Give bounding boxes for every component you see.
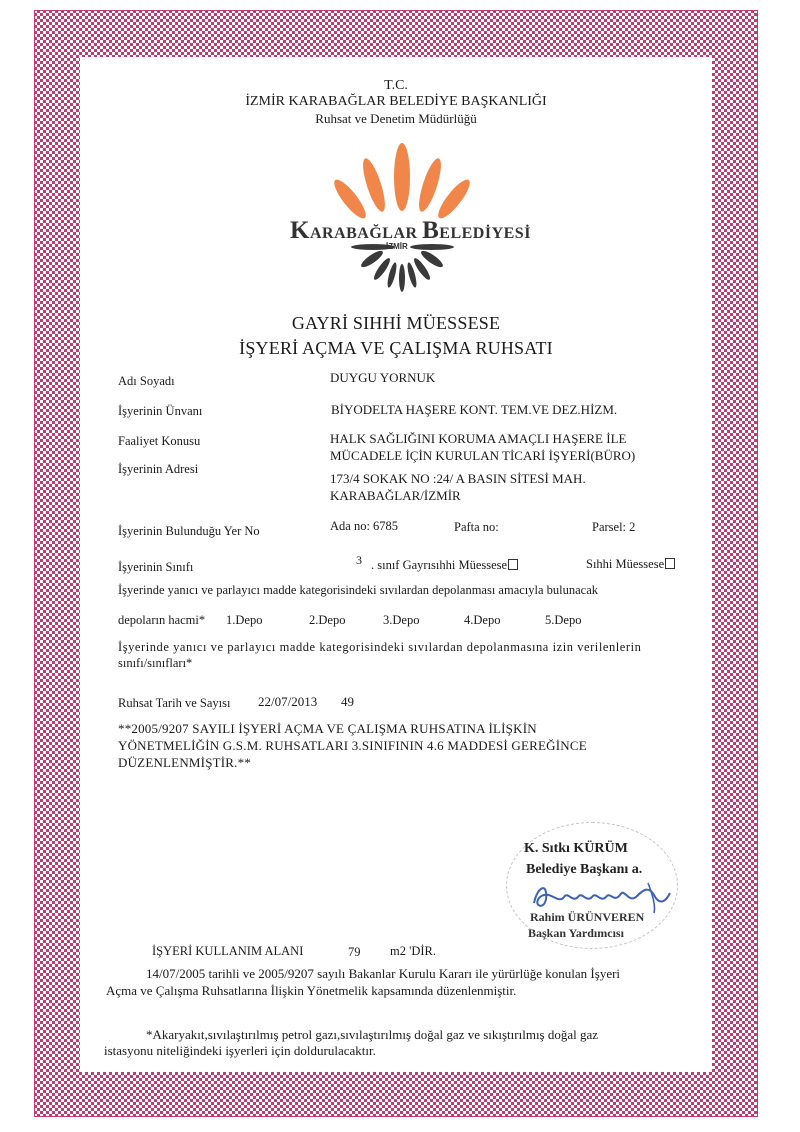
class-gayrisihhi: . sınıf Gayrısıhhi Müessese <box>371 558 518 573</box>
logo-city: İZMİR <box>386 242 408 251</box>
header-municipality: İZMİR KARABAĞLAR BELEDİYE BAŞKANLIĞI <box>80 94 712 110</box>
depot-3: 3.Depo <box>383 613 419 628</box>
header-directorate: Ruhsat ve Denetim Müdürlüğü <box>80 111 712 127</box>
usage-area-value: 79 <box>348 945 361 960</box>
location-pafta: Pafta no: <box>454 520 499 535</box>
gayrisihhi-checkbox[interactable] <box>508 559 518 570</box>
document-title-line2: İŞYERİ AÇMA VE ÇALIŞMA RUHSATI <box>80 337 712 359</box>
activity-value-line1: HALK SAĞLIĞINI KORUMA AMAÇLI HAŞERE İLE <box>330 431 626 447</box>
footer-para1-line1: 14/07/2005 tarihli ve 2005/9207 sayılı B… <box>146 966 620 982</box>
license-date: 22/07/2013 <box>258 694 317 710</box>
license-number: 49 <box>341 694 354 710</box>
location-ada: Ada no: 6785 <box>330 519 398 534</box>
storage-intro: İşyerinde yanıcı ve parlayıcı madde kate… <box>118 583 598 598</box>
mayor-name: K. Sıtkı KÜRÜM <box>524 841 628 857</box>
storage-permitted-line2: sınıfı/sınıfları* <box>118 656 192 671</box>
class-label: İşyerinin Sınıfı <box>118 560 193 575</box>
storage-permitted-line1: İşyerinde yanıcı ve parlayıcı madde kate… <box>118 640 641 655</box>
signer-name: Rahim ÜRÜNVEREN <box>530 910 644 925</box>
location-parsel: Parsel: 2 <box>592 520 635 535</box>
business-title-value: BİYODELTA HAŞERE KONT. TEM.VE DEZ.HİZM. <box>331 402 617 418</box>
regulation-note-line2: YÖNETMELİĞİN G.S.M. RUHSATLARI 3.SINIFIN… <box>118 738 587 754</box>
location-label: İşyerinin Bulunduğu Yer No <box>118 524 260 539</box>
footer-para2-line2: istasyonu niteliğindeki işyerleri için d… <box>104 1043 376 1059</box>
activity-value-line2: MÜCADELE İÇİN KURULAN TİCARİ İŞYERİ(BÜRO… <box>330 448 635 464</box>
class-sihhi: Sıhhi Müessese <box>586 557 675 572</box>
license-label: Ruhsat Tarih ve Sayısı <box>118 696 230 711</box>
depot-1: 1.Depo <box>226 613 262 628</box>
class-gayrisihhi-label: . sınıf Gayrısıhhi Müessese <box>371 558 507 572</box>
address-value-line2: KARABAĞLAR/İZMİR <box>330 488 461 504</box>
depot-2: 2.Depo <box>309 613 345 628</box>
depot-5: 5.Depo <box>545 613 581 628</box>
footer-para1-line2: Açma ve Çalışma Ruhsatlarına İlişkin Yön… <box>106 983 516 999</box>
activity-label: Faaliyet Konusu <box>118 434 200 449</box>
address-value-line1: 173/4 SOKAK NO :24/ A BASIN SİTESİ MAH. <box>330 471 586 487</box>
footer-para2-line1: *Akaryakıt,sıvılaştırılmış petrol gazı,s… <box>146 1027 598 1043</box>
municipality-logo: KARABAĞLAR BELEDİYESİ İZMİR <box>270 135 530 300</box>
business-title-label: İşyerinin Ünvanı <box>118 404 202 419</box>
storage-volume-label: depoların hacmi* <box>118 613 205 628</box>
sihhi-checkbox[interactable] <box>665 558 675 569</box>
class-sihhi-label: Sıhhi Müessese <box>586 557 664 571</box>
handwritten-signature-icon <box>528 875 678 915</box>
address-label: İşyerinin Adresi <box>118 462 198 477</box>
depot-4: 4.Depo <box>464 613 500 628</box>
regulation-note-line3: DÜZENLENMİŞTİR.** <box>118 755 251 771</box>
signer-title: Başkan Yardımcısı <box>528 926 624 941</box>
regulation-note-line1: **2005/9207 SAYILI İŞYERİ AÇMA VE ÇALIŞM… <box>118 721 537 737</box>
owner-label: Adı Soyadı <box>118 374 175 389</box>
logo-wordmark: KARABAĞLAR BELEDİYESİ <box>290 217 531 245</box>
class-number: 3 <box>356 553 362 568</box>
document-title-line1: GAYRİ SIHHİ MÜESSESE <box>80 312 712 334</box>
owner-value: DUYGU YORNUK <box>330 370 435 386</box>
header-tc: T.C. <box>80 78 712 94</box>
usage-area-label: İŞYERİ KULLANIM ALANI <box>152 944 303 959</box>
usage-area-unit: m2 'DİR. <box>390 944 436 959</box>
